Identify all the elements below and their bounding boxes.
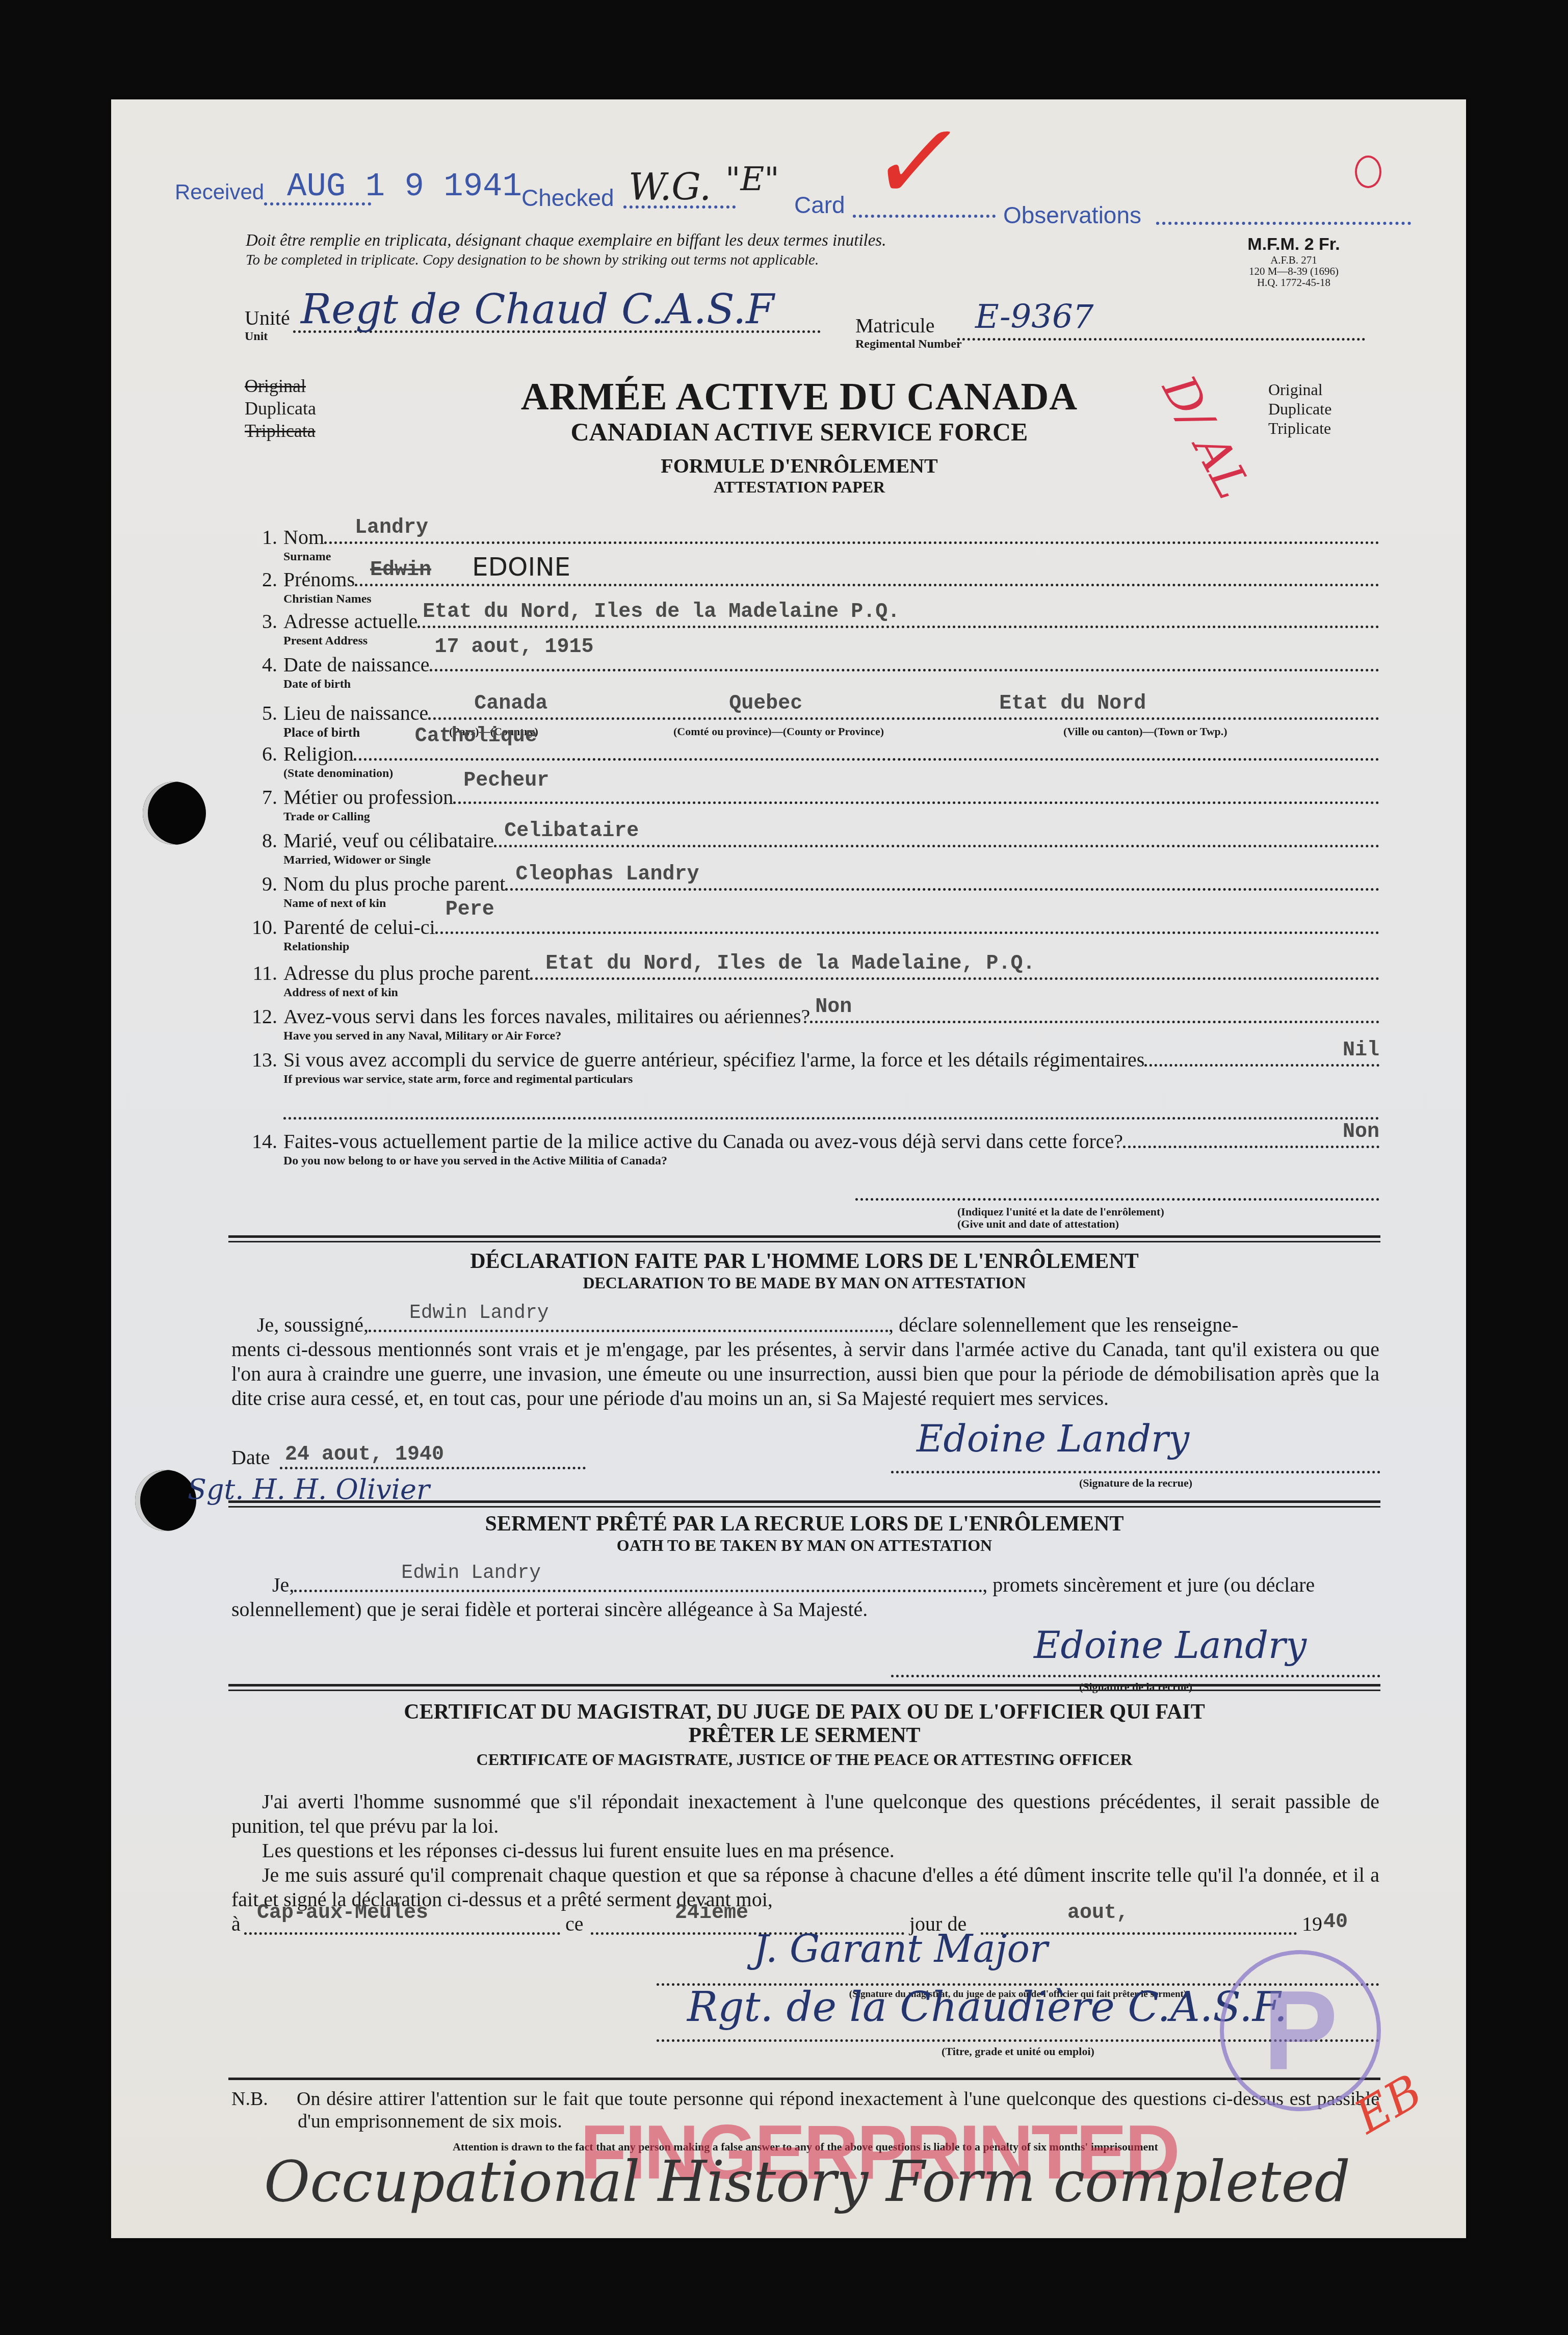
field-sub: (State denomination) — [283, 767, 1379, 781]
declaration-date-field: Date 24 aout, 1940 — [231, 1445, 588, 1469]
field-sub: Have you served in any Naval, Military o… — [283, 1029, 1379, 1043]
field-number: 12. — [248, 1004, 277, 1028]
field-number: 14. — [248, 1129, 277, 1153]
declaration-name: Edwin Landry — [409, 1301, 549, 1326]
matricule-field: Matricule E-9367 Regimental Number — [855, 314, 1365, 351]
unit-date-line — [855, 1198, 1379, 1201]
matricule-label: Matricule — [855, 314, 935, 337]
form-ref-3: H.Q. 1772-45-18 — [1227, 277, 1360, 288]
form-title-fr: FORMULE D'ENRÔLEMENT — [366, 454, 1233, 478]
signature-line — [891, 1471, 1380, 1473]
instruction-fr: Doit être remplie en triplicata, désigna… — [246, 231, 886, 250]
field-number: 13. — [248, 1048, 277, 1072]
attestation-paper: Received AUG 1 9 1941 Checked W.G. "E" C… — [111, 99, 1466, 2238]
field-value: Pecheur — [463, 769, 549, 792]
card-label: Card — [794, 191, 845, 219]
war-service-extra-line — [283, 1117, 1379, 1120]
copy-original: Original — [245, 375, 316, 397]
field-value: Pere — [446, 898, 494, 921]
checked-label: Checked — [521, 184, 614, 212]
field-number: 2. — [248, 567, 277, 591]
field-number: 1. — [248, 525, 277, 549]
ce-label: ce — [565, 1912, 584, 1936]
field-label: Marié, veuf ou célibataire — [283, 829, 494, 852]
field-sub-town: (Ville ou canton)—(Town or Twp.) — [1063, 725, 1227, 738]
field-sub: Trade or Calling — [283, 810, 1379, 824]
field-sub: Married, Widower or Single — [283, 853, 1379, 867]
field-value: Non — [815, 996, 852, 1019]
unit-date-note: (Indiquez l'unité et la date de l'enrôle… — [957, 1206, 1164, 1230]
page-subtitle: CANADIAN ACTIVE SERVICE FORCE — [366, 417, 1233, 447]
field-number: 6. — [248, 742, 277, 766]
field-trade: 7.Métier ou profession Pecheur Trade or … — [248, 785, 1379, 824]
field-sub: Place of birth — [283, 725, 360, 740]
declaration-je-label: Je, soussigné, — [257, 1313, 369, 1337]
field-number: 7. — [248, 785, 277, 809]
field-label: Parenté de celui-ci — [283, 916, 435, 939]
received-label: Received — [175, 180, 264, 204]
section-divider — [228, 1235, 1380, 1242]
field-number: 3. — [248, 609, 277, 633]
field-label: Métier ou profession — [283, 786, 453, 809]
checked-mark: "E" — [725, 161, 779, 198]
certificate-para-1: J'ai averti l'homme susnommé que s'il ré… — [231, 1789, 1379, 1838]
nb-label: N.B. — [231, 2088, 268, 2110]
field-sub: Relationship — [283, 940, 1379, 954]
observations-label: Observations — [1003, 201, 1141, 229]
matricule-value: E-9367 — [975, 298, 1093, 336]
copy-triplicate-en: Triplicate — [1268, 419, 1331, 438]
copy-triplicata: Triplicata — [245, 420, 316, 442]
field-war-service: 13.Si vous avez accompli du service de g… — [248, 1048, 1379, 1120]
field-value: Etat du Nord, Iles de la Madelaine, P.Q. — [545, 952, 1035, 975]
field-date-of-birth: 4.Date de naissance 17 aout, 1915 Date o… — [248, 653, 1379, 691]
certificate-title-en: CERTIFICATE OF MAGISTRATE, JUSTICE OF TH… — [228, 1750, 1380, 1769]
oath-text: , promets sincèrement et jure (ou déclar… — [982, 1573, 1315, 1597]
field-value: Cleophas Landry — [515, 863, 699, 886]
oath-title-en: OATH TO BE TAKEN BY MAN ON ATTESTATION — [228, 1536, 1380, 1555]
field-next-of-kin: 9.Nom du plus proche parent Cleophas Lan… — [248, 872, 1379, 911]
place-dots — [244, 1932, 560, 1935]
field-previous-service: 12.Avez-vous servi dans les forces naval… — [248, 1004, 1379, 1043]
punch-hole — [143, 782, 206, 845]
section-divider — [228, 1500, 1380, 1508]
field-sub: Date of birth — [283, 678, 1379, 691]
certificate-title-block: CERTIFICAT DU MAGISTRAT, DU JUGE DE PAIX… — [228, 1700, 1380, 1769]
declaration-text: , déclare solennellement que les renseig… — [888, 1313, 1238, 1337]
officer-title: Rgt. de la Chaudière C.A.S.F. — [687, 1983, 1287, 2031]
field-label: Faites-vous actuellement partie de la mi… — [283, 1130, 1123, 1153]
field-value: Catholique — [415, 725, 537, 748]
observations-dots — [1156, 222, 1411, 225]
field-label: Religion — [283, 742, 354, 765]
declaration-date: 24 aout, 1940 — [285, 1443, 444, 1466]
oath-je-label: Je, — [272, 1573, 294, 1597]
field-sub: If previous war service, state arm, forc… — [283, 1073, 1379, 1086]
field-value: Non — [1343, 1121, 1379, 1144]
field-value-town: Etat du Nord — [999, 692, 1146, 715]
field-label: Avez-vous servi dans les forces navales,… — [283, 1005, 810, 1028]
unit-field: Unité Regt de Chaud C.A.S.F Unit — [245, 306, 821, 344]
field-label: Adresse du plus proche parent — [283, 962, 530, 984]
recruit-signature: Edoine Landry — [917, 1417, 1189, 1460]
declaration-title-block: DÉCLARATION FAITE PAR L'HOMME LORS DE L'… — [228, 1249, 1380, 1292]
field-value-country: Canada — [474, 692, 547, 715]
field-number: 11. — [248, 961, 277, 985]
field-present-address: 3.Adresse actuelle Etat du Nord, Iles de… — [248, 609, 1379, 648]
declaration-body: Je, soussigné, Edwin Landry , déclare so… — [231, 1313, 1379, 1411]
field-value: Edwin — [370, 559, 431, 582]
field-label: Prénoms — [283, 568, 355, 591]
received-stamp-row: Received AUG 1 9 1941 Checked W.G. "E" C… — [175, 171, 1439, 212]
field-active-militia: 14.Faites-vous actuellement partie de la… — [248, 1129, 1379, 1168]
oath-title-fr: SERMENT PRÊTÉ PAR LA RECRUE LORS DE L'EN… — [228, 1512, 1380, 1536]
punch-hole — [135, 1470, 196, 1531]
oath-title-block: SERMENT PRÊTÉ PAR LA RECRUE LORS DE L'EN… — [228, 1512, 1380, 1555]
copy-original-en: Original — [1268, 380, 1331, 399]
officer-signature: J. Garant Major — [753, 1927, 1048, 1971]
section-divider — [228, 1684, 1380, 1691]
purple-p-stamp: P — [1220, 1950, 1381, 2111]
declaration-text-body: ments ci-dessous mentionnés sont vrais e… — [231, 1337, 1379, 1411]
field-label: Nom — [283, 526, 324, 549]
oath-body: Je, Edwin Landry , promets sincèrement e… — [231, 1573, 1379, 1622]
certificate-body: J'ai averti l'homme susnommé que s'il ré… — [231, 1789, 1379, 1912]
field-value: Etat du Nord, Iles de la Madelaine P.Q. — [423, 601, 900, 624]
copy-designation-left: Original Duplicata Triplicata — [245, 375, 316, 442]
field-label: Si vous avez accompli du service de guer… — [283, 1048, 1144, 1071]
matricule-dots — [957, 338, 1365, 341]
declaration-title-en: DECLARATION TO BE MADE BY MAN ON ATTESTA… — [228, 1274, 1380, 1292]
oath-name: Edwin Landry — [401, 1561, 541, 1586]
unit-date-note-fr: (Indiquez l'unité et la date de l'enrôle… — [957, 1206, 1164, 1218]
month-value: aout, — [1067, 1902, 1129, 1925]
form-ref-1: A.F.B. 271 — [1227, 254, 1360, 266]
field-sub-province: (Comté ou province)—(County or Province) — [673, 725, 884, 738]
field-next-of-kin-address: 11.Adresse du plus proche parent Etat du… — [248, 961, 1379, 1000]
field-surname: 1.Nom Landry Surname — [248, 525, 1379, 564]
signature-line — [891, 1675, 1380, 1677]
field-label: Adresse actuelle — [283, 610, 417, 633]
red-circle-mark — [1355, 155, 1381, 188]
field-marital-status: 8.Marié, veuf ou célibataire Celibataire… — [248, 828, 1379, 867]
unit-value: Regt de Chaud C.A.S.F — [301, 286, 774, 333]
field-relationship: 10.Parenté de celui-ci Pere Relationship — [248, 915, 1379, 954]
certificate-title-fr-2: PRÊTER LE SERMENT — [228, 1724, 1380, 1747]
field-value: Celibataire — [504, 820, 639, 843]
handwritten-note: Occupational History Form completed — [264, 2149, 1350, 2214]
page-title: ARMÉE ACTIVE DU CANADA — [366, 375, 1233, 419]
year-value: 40 — [1323, 1911, 1348, 1934]
recruit-signature: Edoine Landry — [1034, 1624, 1306, 1667]
field-value: Landry — [355, 516, 428, 539]
field-value: 17 aout, 1915 — [435, 636, 594, 659]
card-checkmark-icon: ✓ — [862, 99, 974, 224]
field-number: 4. — [248, 653, 277, 677]
copy-duplicata: Duplicata — [245, 397, 316, 420]
field-number: 8. — [248, 828, 277, 852]
date-label: Date — [231, 1446, 270, 1469]
field-label: Date de naissance — [283, 653, 430, 676]
year-prefix: 19 — [1302, 1912, 1322, 1936]
field-value-province: Quebec — [729, 692, 802, 715]
signature-caption: (Signature de la recrue) — [891, 1476, 1380, 1490]
date-dots — [280, 1467, 586, 1469]
field-value-handwritten: EDOINE — [472, 552, 570, 582]
place-label: à — [231, 1912, 241, 1936]
form-ref-2: 120 M—8-39 (1696) — [1227, 266, 1360, 277]
field-number: 9. — [248, 872, 277, 896]
field-number: 10. — [248, 915, 277, 939]
copy-designation-right: Original Duplicate Triplicate — [1268, 380, 1331, 438]
form-title-en: ATTESTATION PAPER — [366, 478, 1233, 497]
instruction-en: To be completed in triplicate. Copy desi… — [246, 250, 886, 270]
field-label: Lieu de naissance — [283, 702, 428, 724]
field-sub: Surname — [283, 550, 1379, 564]
place-value: Cap-aux-Meules — [257, 1902, 428, 1925]
certificate-title-fr-1: CERTIFICAT DU MAGISTRAT, DU JUGE DE PAIX… — [228, 1700, 1380, 1724]
field-sub: Do you now belong to or have you served … — [283, 1154, 1379, 1168]
unit-date-note-en: (Give unit and date of attestation) — [957, 1218, 1164, 1230]
received-date-stamp: AUG 1 9 1941 — [287, 169, 522, 205]
instructions: Doit être remplie en triplicata, désigna… — [246, 231, 886, 270]
declaration-signature-block: Edoine Landry (Signature de la recrue) — [891, 1471, 1380, 1490]
checked-initials: W.G. — [629, 166, 711, 209]
day-value: 24ieme — [675, 1902, 748, 1925]
copy-duplicate-en: Duplicate — [1268, 399, 1331, 419]
field-religion: 6.Religion Catholique (State denominatio… — [248, 742, 1379, 781]
title-block: ARMÉE ACTIVE DU CANADA CANADIAN ACTIVE S… — [366, 375, 1233, 497]
footer-divider — [228, 2078, 1380, 2080]
certificate-para-2: Les questions et les réponses ci-dessus … — [231, 1838, 1379, 1863]
form-code: M.F.M. 2 Fr. — [1227, 235, 1360, 254]
form-code-block: M.F.M. 2 Fr. A.F.B. 271 120 M—8-39 (1696… — [1227, 235, 1360, 288]
declaration-title-fr: DÉCLARATION FAITE PAR L'HOMME LORS DE L'… — [228, 1249, 1380, 1274]
oath-text-body: solennellement) que je serai fidèle et p… — [231, 1597, 1379, 1622]
unit-label: Unité — [245, 306, 290, 329]
field-label: Nom du plus proche parent — [283, 872, 505, 895]
field-number: 5. — [248, 701, 277, 725]
field-value: Nil — [1343, 1039, 1379, 1062]
